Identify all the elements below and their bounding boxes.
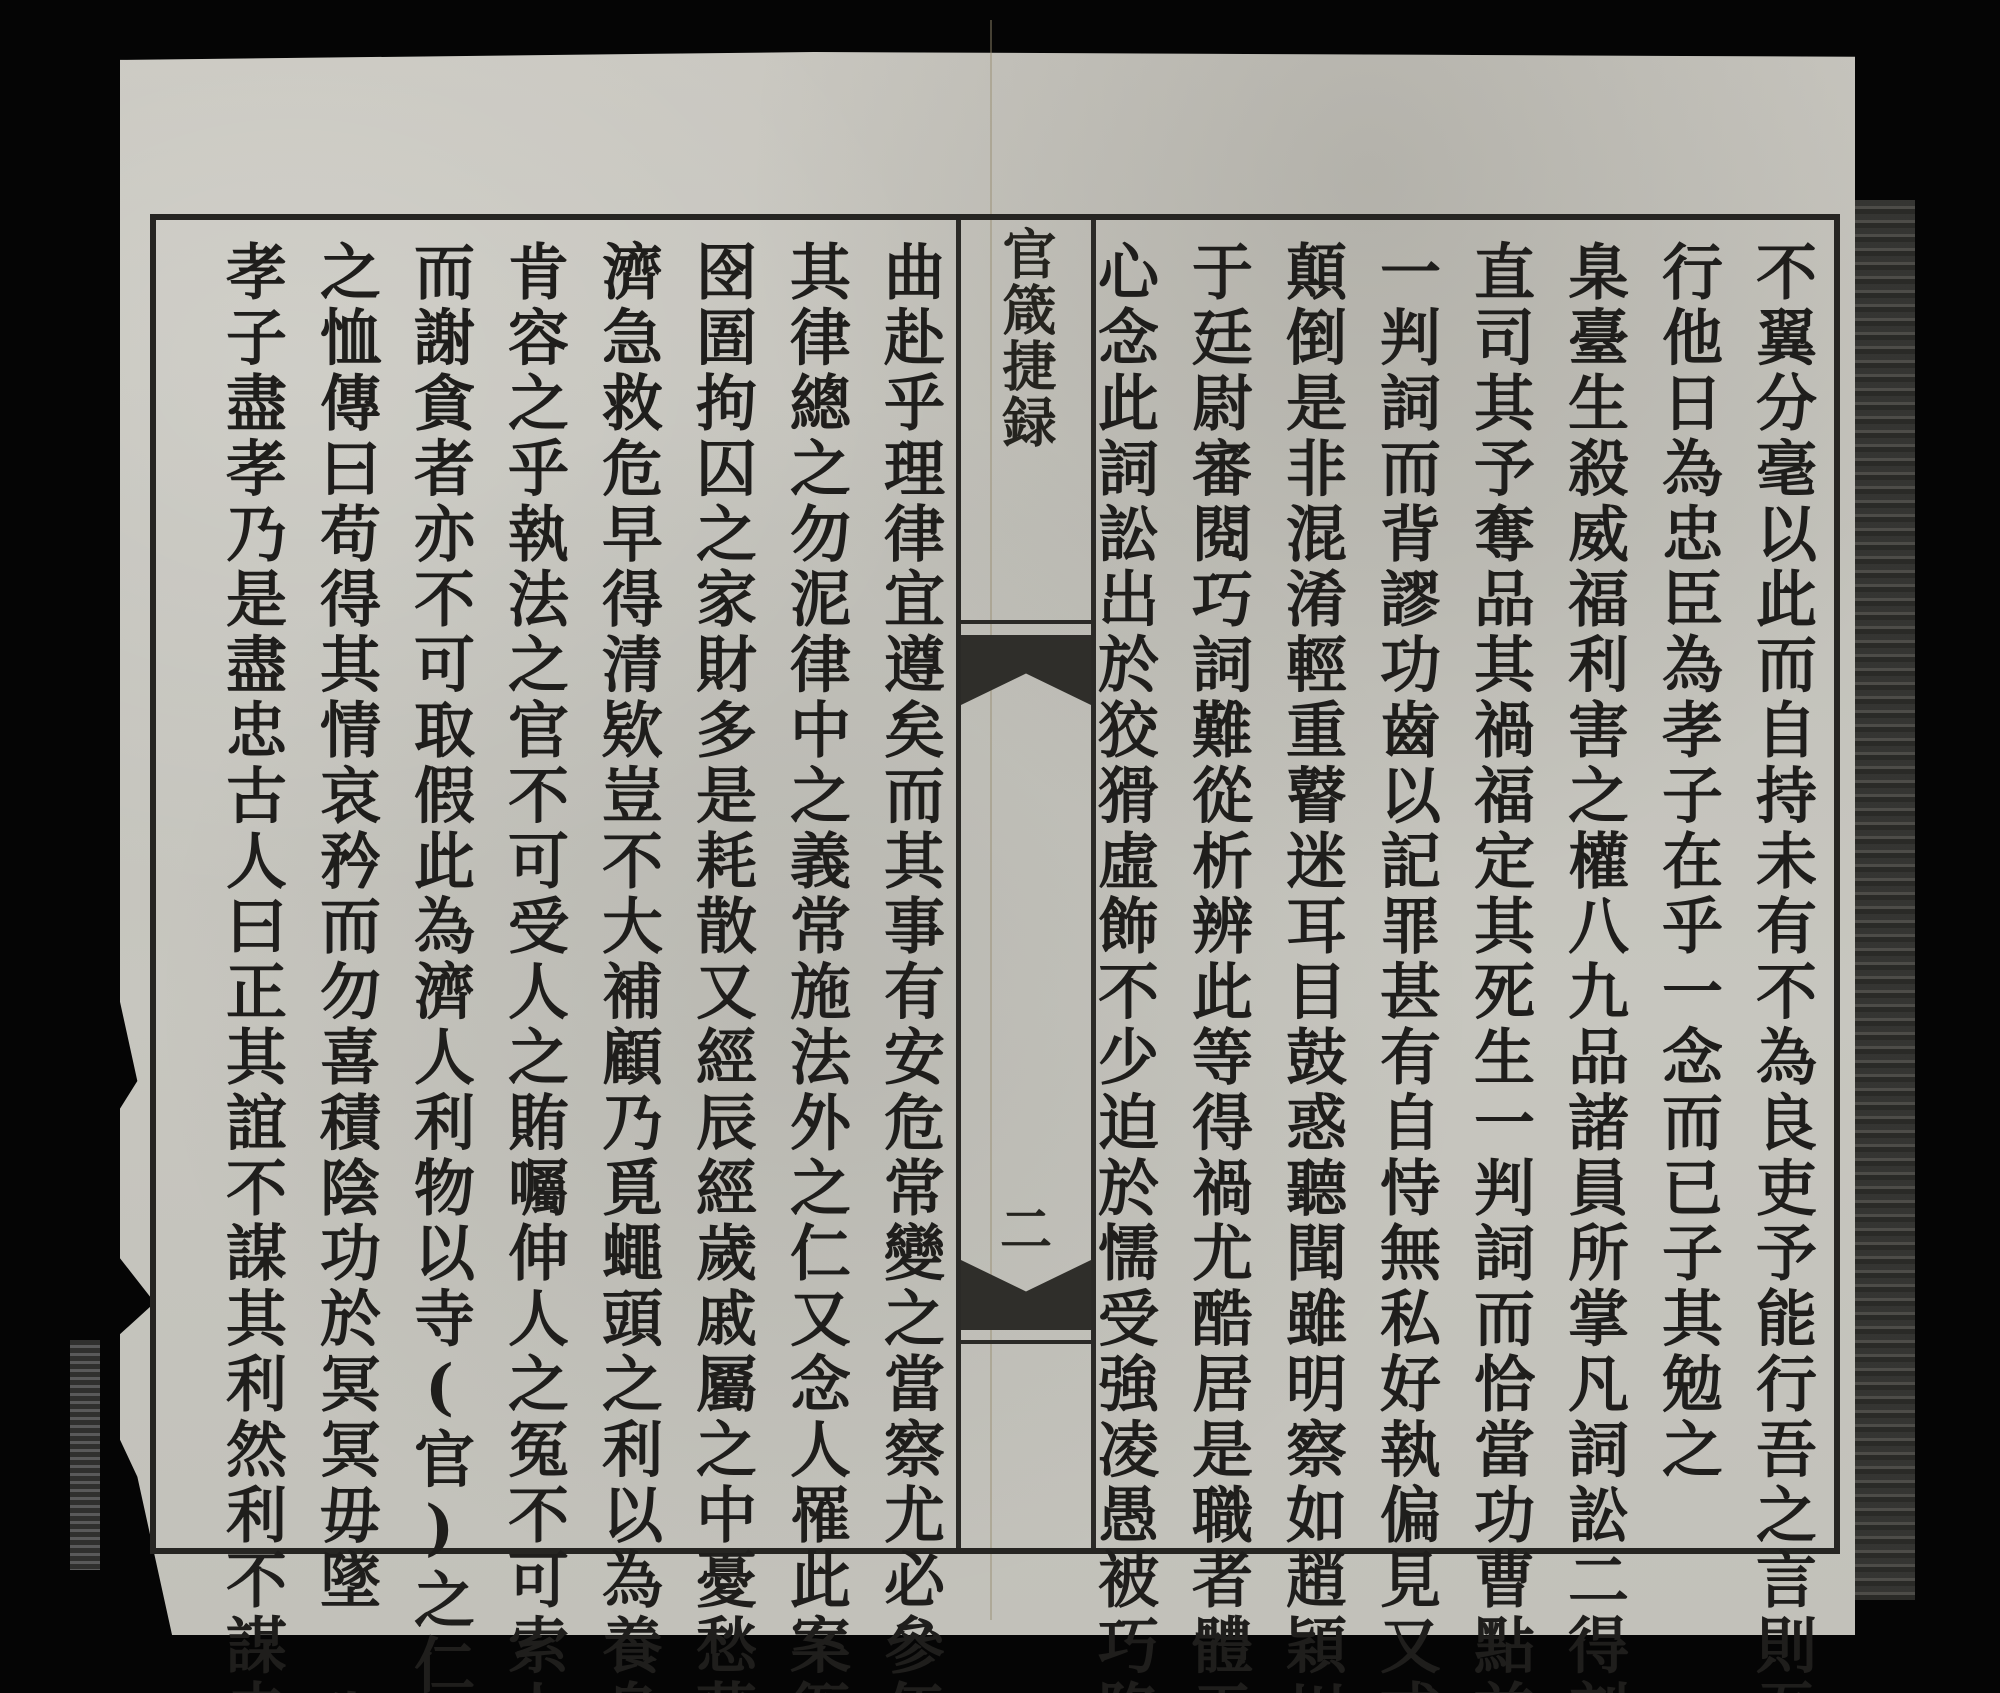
text-column: 于廷尉審閱巧詞難從析辨此等得禍尤酷居是職者體天地好生之 [1170, 220, 1264, 1548]
banxin-rule [961, 620, 1091, 624]
folio-number: 二 [961, 1188, 1091, 1263]
center-banxin: 官箴捷録 二 [956, 220, 1096, 1548]
book-title: 官箴捷録 [961, 226, 1091, 626]
rubbing-edge-right [1855, 200, 1915, 1600]
text-column: 其律總之勿泥律中之義常施法外之仁又念人罹此案衙吏滋擾之 [768, 220, 862, 1548]
text-column: 臬臺生殺威福利害之權八九品諸員所掌凡詞訟二得剖其曲 [1546, 220, 1640, 1548]
text-column: 囹圄拘囚之家財多是耗散又經辰經歲戚屬之中憂愁萬狀要宜 [674, 220, 768, 1548]
text-column: 一判詞而背謬功齒以記罪甚有自恃無私好執偏見又或徇情貪利 [1358, 220, 1452, 1548]
text-column: 肯容之乎執法之官不可受人之賄囑伸人之冤不可索人之財倘人感恩 [486, 220, 580, 1548]
text-column: 而謝貪者亦不可取假此為濟人利物以寺(官)之仁輔三尺之法經曰欽哉惟刑 [392, 220, 486, 1548]
text-column: 不翼分毫以此而自持未有不為良吏予能行吾之言則吾道藉予以 [1734, 220, 1828, 1548]
text-column: 顛倒是非混淆輕重瞽迷耳目鼓惑聽聞雖明察如趙穎川寬仁如 [1264, 220, 1358, 1548]
banxin-rule [961, 1340, 1091, 1344]
text-column: 直司其予奪品其禍福定其死生一判詞而恰當功曹點首以錄功 [1452, 220, 1546, 1548]
text-column: 行他日為忠臣為孝子在乎一念而已子其勉之 [1640, 220, 1734, 1548]
fishtail-mark-top [961, 635, 1091, 705]
right-half-page: 不翼分毫以此而自持未有不為良吏予能行吾之言則吾道藉予以 行他日為忠臣為孝子在乎一… [1089, 220, 1834, 1548]
text-column: 之恤傳曰苟得其情哀矜而勿喜積陰功於冥冥毋墜 先君之清福即為 [298, 220, 392, 1548]
text-column: 濟急救危早得清欵豈不大補顧乃覓蠅頭之利以為養身養家鬼神其 [580, 220, 674, 1548]
rubbing-edge-left [70, 1340, 100, 1570]
text-column: 孝子盡孝乃是盡忠古人曰正其誼不謀其利然利不謀未常無利人 [204, 220, 298, 1548]
printed-frame: 不翼分毫以此而自持未有不為良吏予能行吾之言則吾道藉予以 行他日為忠臣為孝子在乎一… [150, 214, 1840, 1554]
left-half-page: 曲赴乎理律宜遵矣而其事有安危常變之當察尤必參伍以善用 其律總之勿泥律中之義常施法… [156, 220, 956, 1548]
fishtail-mark-bottom [961, 1260, 1091, 1330]
text-column: 曲赴乎理律宜遵矣而其事有安危常變之當察尤必參伍以善用 [862, 220, 956, 1548]
